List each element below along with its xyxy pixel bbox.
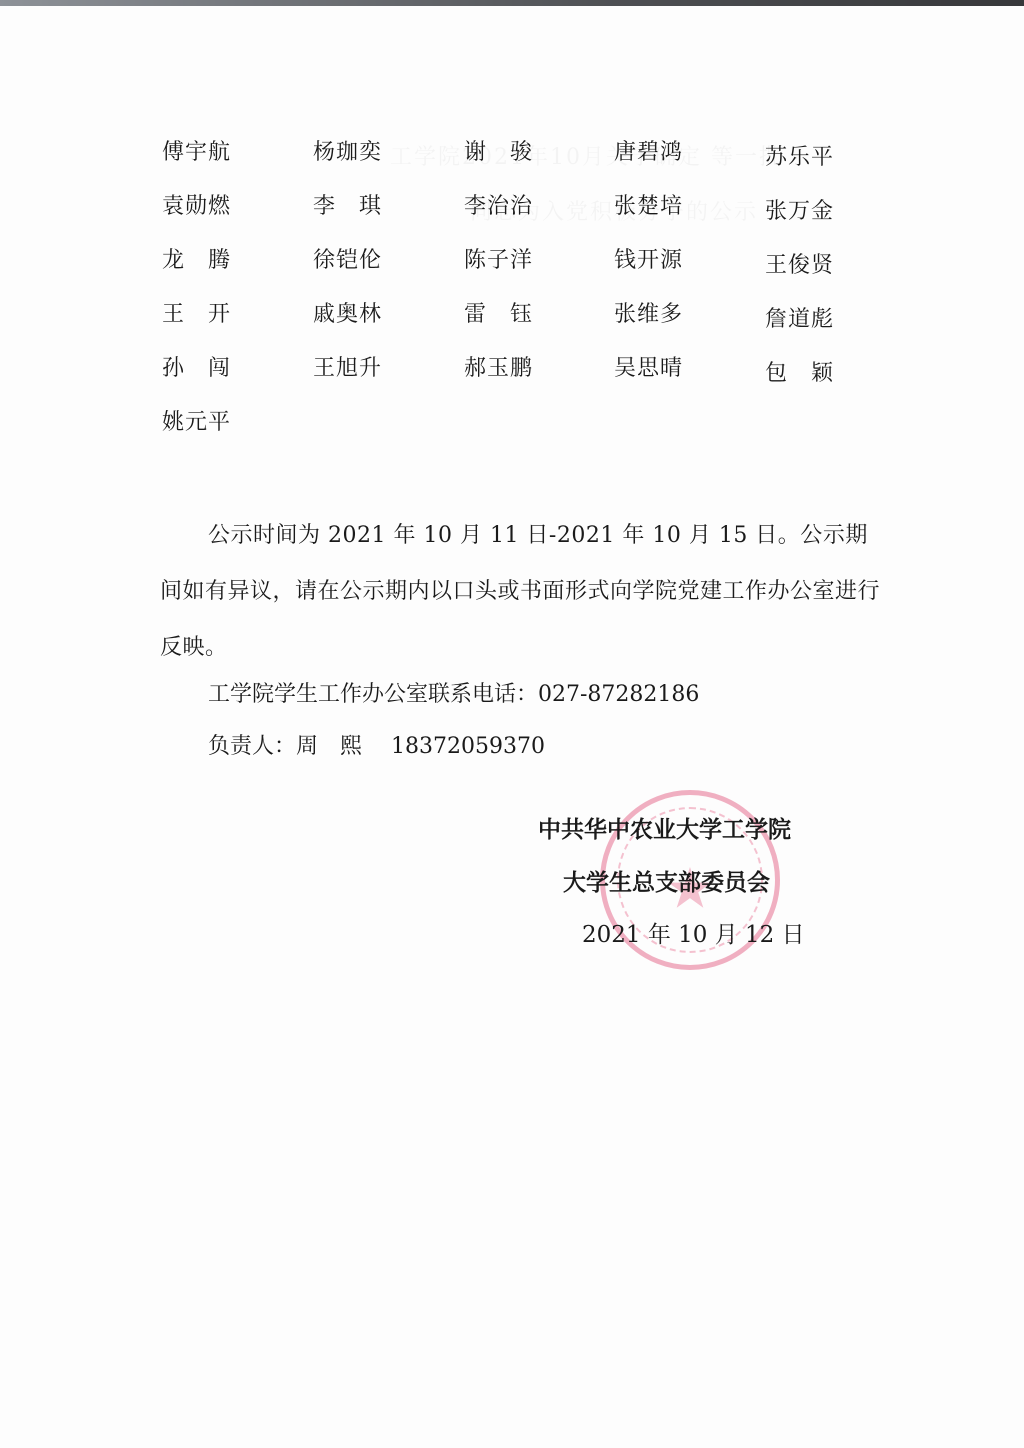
name-list: 傅宇航 杨珈奕 谢 骏 唐碧鸿 苏乐平 袁勋燃 李 琪 李治治 张楚培 张万金 …	[162, 135, 862, 459]
person-name: 杨珈奕	[313, 135, 382, 166]
person-name: 李 琪	[313, 189, 382, 220]
person-name: 李治治	[464, 189, 533, 220]
notice-paragraph: 公示时间为 2021 年 10 月 11 日-2021 年 10 月 15 日。…	[160, 508, 880, 676]
responsible-person-line: 负责人：周 熙 18372059370	[208, 729, 545, 760]
person-name: 袁勋燃	[162, 189, 231, 220]
person-name: 钱开源	[614, 243, 683, 274]
name-row: 龙 腾 徐铠伦 陈子洋 钱开源 王俊贤	[162, 243, 862, 297]
contact-phone-line: 工学院学生工作办公室联系电话：027-87282186	[208, 677, 699, 708]
person-name: 张维多	[614, 297, 683, 328]
person-name: 谢 骏	[464, 135, 533, 166]
signature-date: 2021 年 10 月 12 日	[582, 916, 805, 949]
signature-org-line2: 大学生总支部委员会	[563, 864, 770, 897]
person-name: 唐碧鸿	[614, 135, 683, 166]
scan-top-edge	[0, 0, 1024, 6]
person-name: 姚元平	[162, 405, 231, 436]
name-row: 袁勋燃 李 琪 李治治 张楚培 张万金	[162, 189, 862, 243]
person-name: 王俊贤	[765, 248, 834, 279]
name-row: 王 开 戚奥林 雷 钰 张维多 詹道彪	[162, 297, 862, 351]
name-row: 姚元平	[162, 405, 862, 459]
person-name: 傅宇航	[162, 135, 231, 166]
person-name: 张万金	[765, 194, 834, 225]
person-name: 詹道彪	[765, 302, 834, 333]
person-name: 徐铠伦	[313, 243, 382, 274]
person-name: 郝玉鹏	[464, 351, 533, 382]
person-name: 戚奥林	[313, 297, 382, 328]
name-row: 傅宇航 杨珈奕 谢 骏 唐碧鸿 苏乐平	[162, 135, 862, 189]
person-name: 苏乐平	[765, 140, 834, 171]
signature-org-line1: 中共华中农业大学工学院	[538, 811, 791, 844]
person-name: 包 颖	[765, 356, 834, 387]
person-name: 雷 钰	[464, 297, 533, 328]
person-name: 王旭升	[313, 351, 382, 382]
name-row: 孙 闯 王旭升 郝玉鹏 吴思晴 包 颖	[162, 351, 862, 405]
person-name: 龙 腾	[162, 243, 231, 274]
person-name: 孙 闯	[162, 351, 231, 382]
person-name: 吴思晴	[614, 351, 683, 382]
person-name: 张楚培	[614, 189, 683, 220]
person-name: 王 开	[162, 297, 231, 328]
person-name: 陈子洋	[464, 243, 533, 274]
